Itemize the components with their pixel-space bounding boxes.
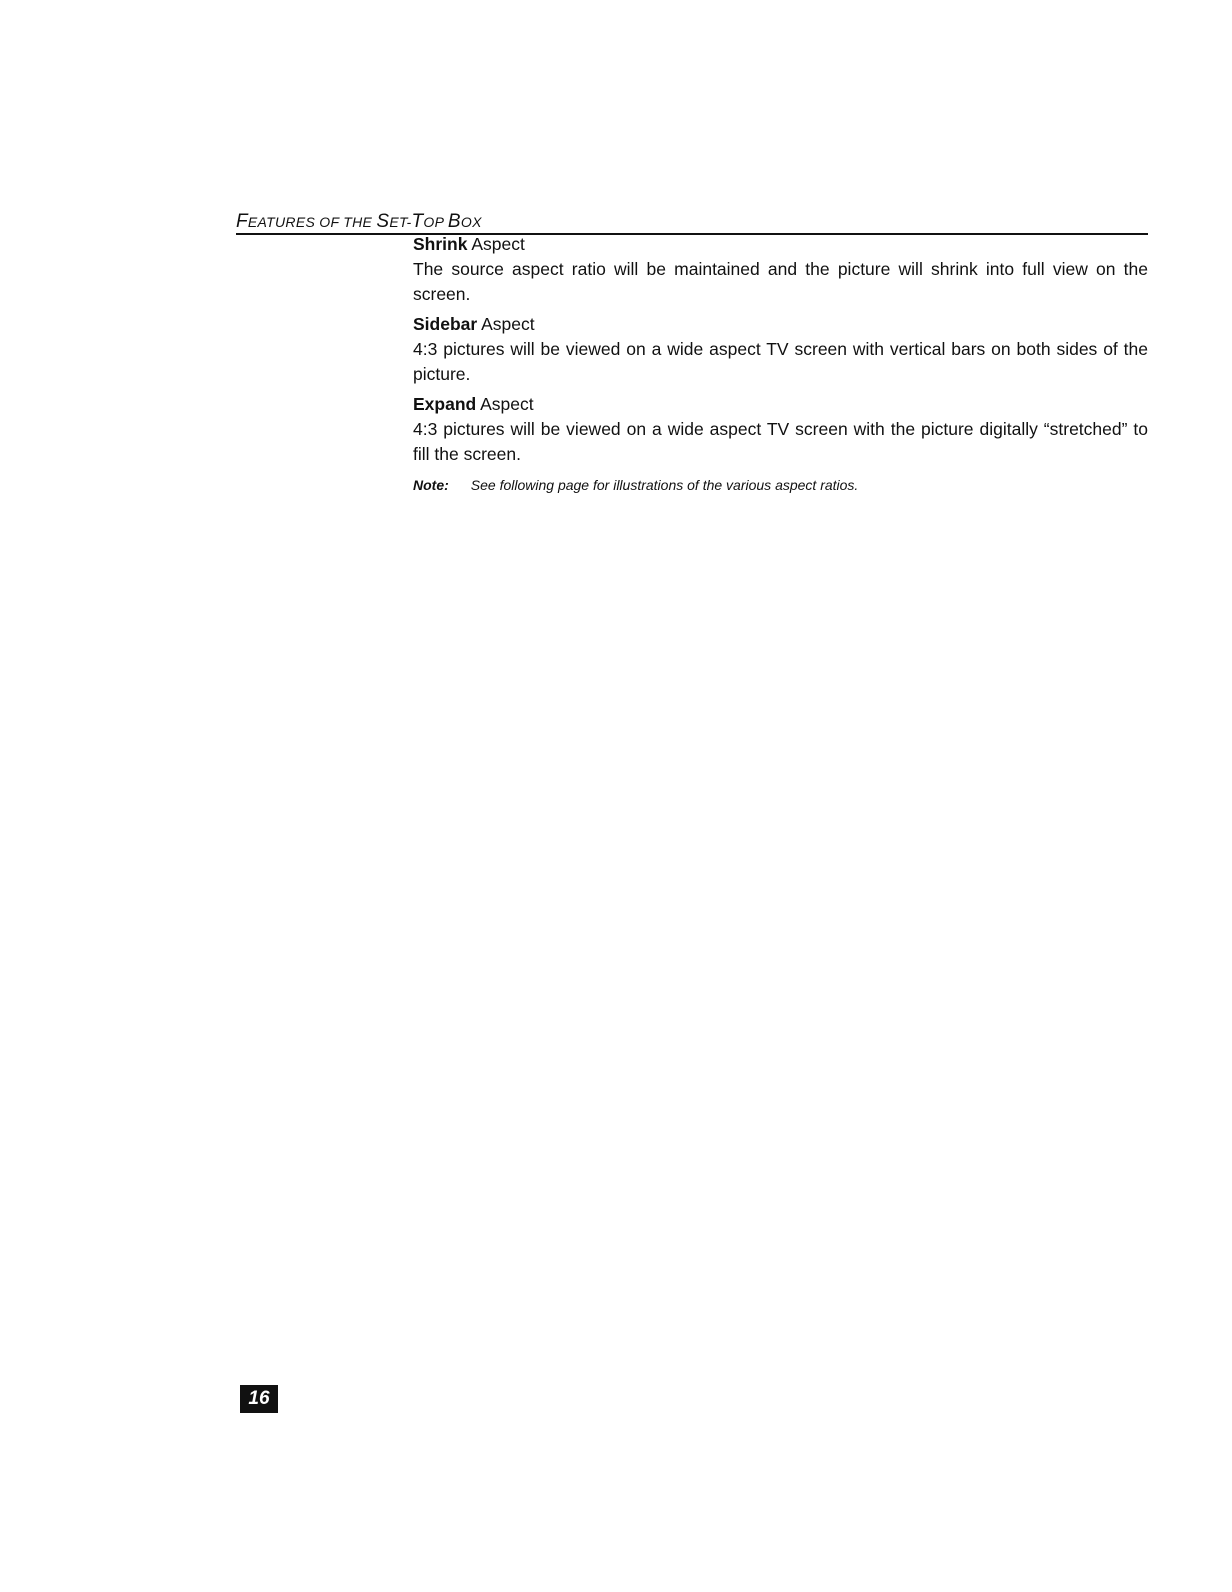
- note-label: Note:: [413, 477, 449, 493]
- section-title-bold: Expand: [413, 394, 476, 414]
- note: Note:See following page for illustration…: [413, 473, 1148, 498]
- section-body: 4:3 pictures will be viewed on a wide as…: [413, 417, 1148, 467]
- note-text: See following page for illustrations of …: [471, 477, 859, 493]
- content: Shrink Aspect The source aspect ratio wi…: [413, 232, 1148, 498]
- section-expand: Expand Aspect 4:3 pictures will be viewe…: [413, 392, 1148, 467]
- section-title: Features of the Set-Top Box: [236, 211, 482, 233]
- page-number: 16: [240, 1385, 278, 1413]
- section-title-bold: Sidebar: [413, 314, 477, 334]
- section-body: 4:3 pictures will be viewed on a wide as…: [413, 337, 1148, 387]
- section-title-bold: Shrink: [413, 234, 467, 254]
- section-sidebar: Sidebar Aspect 4:3 pictures will be view…: [413, 312, 1148, 387]
- section-body: The source aspect ratio will be maintain…: [413, 257, 1148, 307]
- section-shrink: Shrink Aspect The source aspect ratio wi…: [413, 232, 1148, 307]
- section-header: Features of the Set-Top Box: [236, 205, 1148, 235]
